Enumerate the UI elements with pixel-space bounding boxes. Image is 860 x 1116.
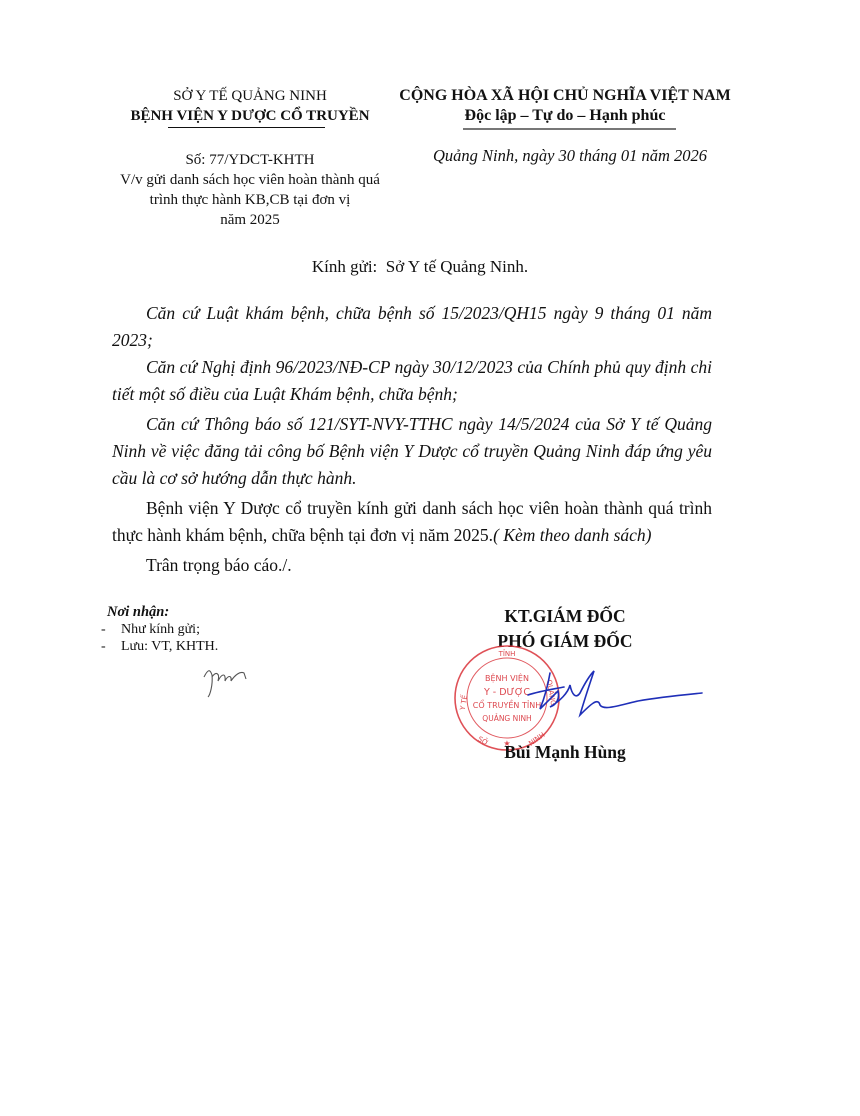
attachment-note: ( Kèm theo danh sách) — [493, 525, 651, 545]
dash-bullet: - — [101, 621, 121, 638]
document-body: Căn cứ Luật khám bệnh, chữa bệnh số 15/2… — [112, 300, 712, 579]
subject-line: trình thực hành KB,CB tại đơn vị — [100, 190, 400, 210]
distribution-title: Nơi nhận: — [107, 604, 307, 621]
subject-line: V/v gửi danh sách học viên hoàn thành qu… — [100, 170, 400, 190]
header-right: CỘNG HÒA XÃ HỘI CHỦ NGHĨA VIỆT NAM Độc l… — [390, 86, 740, 126]
legal-basis-3: Căn cứ Thông báo số 121/SYT-NVY-TTHC ngà… — [112, 411, 712, 492]
header-left: SỞ Y TẾ QUẢNG NINH BỆNH VIỆN Y DƯỢC CỔ T… — [100, 86, 400, 126]
dash-bullet: - — [101, 638, 121, 655]
recipient-line: Kính gửi: Sở Y tế Quảng Ninh. — [100, 257, 740, 277]
stamp-text: TỈNH — [498, 649, 516, 658]
signer-name: Bùi Mạnh Hùng — [470, 742, 660, 763]
organization-name: BỆNH VIỆN Y DƯỢC CỔ TRUYỀN — [100, 106, 400, 126]
svg-text:Y TẾ: Y TẾ — [457, 694, 470, 712]
national-title: CỘNG HÒA XÃ HỘI CHỦ NGHĨA VIỆT NAM — [390, 86, 740, 106]
recipient-name: Sở Y tế Quảng Ninh. — [386, 257, 528, 276]
document-meta: Số: 77/YDCT-KHTH V/v gửi danh sách học v… — [100, 150, 400, 230]
distribution-item: - Như kính gửi; — [107, 621, 307, 638]
subject-line: năm 2025 — [100, 210, 400, 230]
issuing-authority: SỞ Y TẾ QUẢNG NINH — [100, 86, 400, 106]
distribution-item-text: Như kính gửi; — [121, 621, 200, 638]
initials-mark-icon — [200, 665, 260, 699]
handwritten-signature-icon — [520, 665, 710, 725]
motto-underline — [463, 128, 676, 130]
document-number: Số: 77/YDCT-KHTH — [100, 150, 400, 170]
national-motto: Độc lập – Tự do – Hạnh phúc — [390, 106, 740, 126]
main-paragraph: Bệnh viện Y Dược cổ truyền kính gửi danh… — [112, 495, 712, 549]
date-line: Quảng Ninh, ngày 30 tháng 01 năm 2026 — [400, 146, 740, 166]
distribution-list: Nơi nhận: - Như kính gửi; - Lưu: VT, KHT… — [107, 604, 307, 655]
organization-underline — [168, 127, 325, 128]
distribution-item: - Lưu: VT, KHTH. — [107, 638, 307, 655]
legal-basis-1: Căn cứ Luật khám bệnh, chữa bệnh số 15/2… — [112, 300, 712, 354]
legal-basis-2: Căn cứ Nghị định 96/2023/NĐ-CP ngày 30/1… — [112, 354, 712, 408]
distribution-item-text: Lưu: VT, KHTH. — [121, 638, 218, 655]
signer-authority: KT.GIÁM ĐỐC — [440, 604, 690, 629]
closing-line: Trân trọng báo cáo./. — [112, 552, 712, 579]
recipient-label: Kính gửi: — [312, 257, 377, 276]
